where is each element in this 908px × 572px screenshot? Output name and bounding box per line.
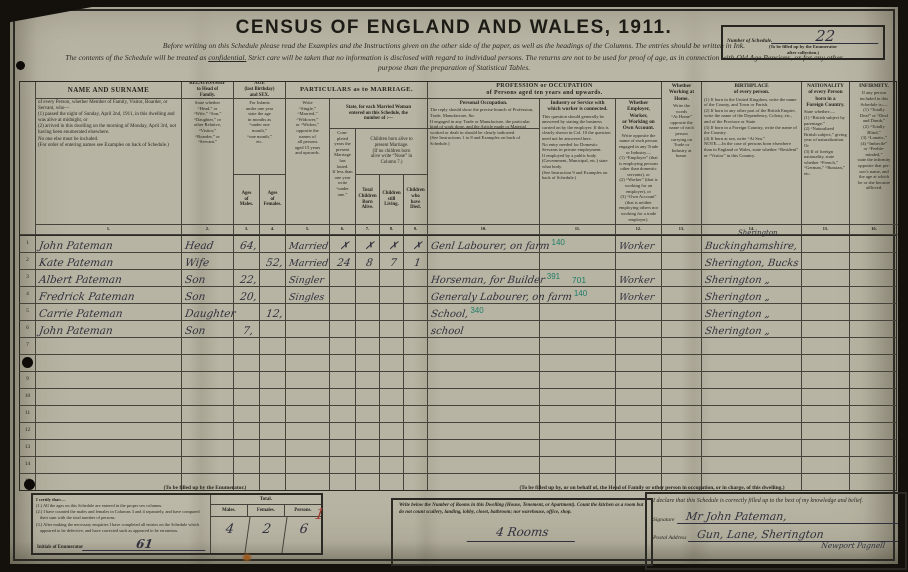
cell-relationship [182, 355, 234, 371]
cell-infirmity [850, 253, 898, 271]
cell-text: Kate Pateman [35, 256, 114, 271]
cell-occupation: Generaly Labourer, on farm140 [428, 287, 540, 305]
cell-industry [540, 440, 616, 456]
cell-marriage [286, 457, 330, 473]
cell-birthplace [702, 372, 802, 388]
cell-nationality [802, 355, 850, 371]
cell-industry [540, 321, 616, 339]
cell-text: Sherington „ [701, 273, 771, 288]
header-name-desc: of every Person, whether Member of Famil… [36, 99, 182, 225]
cell-relationship [182, 338, 234, 354]
cell-birthplace [702, 457, 802, 473]
census-table-header: NAME AND SURNAME of every Person, whethe… [19, 81, 897, 236]
cell-text: Married [285, 256, 329, 271]
table-row: 6John PatemanSon7,schoolSherington „ [19, 321, 897, 338]
cell-marriage [286, 389, 330, 405]
cell-num: 14 [20, 457, 36, 473]
cell-birthplace [702, 440, 802, 456]
cell-occupation: Genl Labourer, on farm140 [428, 236, 540, 254]
table-row: 2Kate PatemanWife52,Married24871Sheringt… [19, 253, 897, 270]
cell-age_f [260, 338, 286, 354]
cell-occupation: Horseman, for Builder391 [428, 270, 540, 288]
cell-home [662, 372, 702, 388]
cell-text: 20, [236, 290, 258, 305]
cell-birthplace [702, 423, 802, 439]
cell-born [356, 287, 380, 305]
cell-age_f [260, 372, 286, 388]
cell-text: 14 [20, 457, 35, 472]
cell-text: 12, [262, 307, 284, 322]
cell-age_f [260, 355, 286, 371]
cell-worker [616, 457, 662, 473]
cell-born [356, 474, 380, 490]
cell-years [330, 440, 356, 456]
cell-industry [540, 423, 616, 439]
cell-name [36, 457, 182, 473]
cell-worker [616, 423, 662, 439]
cell-text: 10 [20, 389, 35, 404]
header-infirmity: INFIRMITY.If any person included in this… [850, 82, 898, 225]
cell-infirmity [850, 304, 898, 322]
cell-birthplace [702, 406, 802, 422]
cell-name [36, 406, 182, 422]
cell-nationality [802, 321, 850, 339]
table-row: 9 [19, 372, 897, 389]
cell-age_m [234, 406, 260, 422]
cell-num: 7 [20, 338, 36, 354]
cell-living [380, 270, 404, 288]
column-number: 10. [428, 225, 540, 235]
census-photo: { "colors": { "paper": "#b8b4a3", "print… [0, 0, 908, 572]
cell-industry [540, 253, 616, 271]
signature-line: Signature Mr John Pateman, [653, 511, 899, 524]
header-birthplace-title: BIRTHPLACE of every person. [704, 83, 799, 96]
cell-home [662, 304, 702, 322]
cell-birthplace [702, 389, 802, 405]
cell-born [356, 406, 380, 422]
cell-text: John Pateman [35, 239, 114, 254]
header-home-desc: Write the words “At Home” opposite the n… [669, 103, 694, 158]
cell-industry [540, 355, 616, 371]
cell-name [36, 440, 182, 456]
cell-occupation [428, 372, 540, 388]
column-number: 3. [234, 225, 260, 235]
column-number: 7. [356, 225, 380, 235]
cell-text: 7, [239, 324, 254, 339]
head-of-family-heading: (To be filled up by, or on behalf of, th… [415, 485, 889, 491]
cell-industry [540, 304, 616, 322]
column-number: 5. [286, 225, 330, 235]
cell-age_f [260, 457, 286, 473]
cell-age_m [234, 389, 260, 405]
certify-item-1: (1.) All the ages on this Schedule are e… [36, 503, 207, 509]
cell-text: 24 [333, 256, 351, 271]
cell-text: 5 [20, 304, 35, 319]
cell-worker [616, 321, 662, 339]
cell-name [36, 389, 182, 405]
cell-birthplace: Sherington „ [702, 270, 802, 288]
cell-text: 22, [236, 273, 258, 288]
cell-text: 52, [262, 256, 284, 271]
cell-home [662, 236, 702, 254]
cell-text: Sherington „ [701, 307, 771, 322]
table-row: 14 [19, 457, 897, 474]
header-birthplace: BIRTHPLACE of every person.(1) If born i… [702, 82, 802, 225]
cell-home [662, 338, 702, 354]
header-marriage-group: PARTICULARS as to MARRIAGE. [286, 82, 428, 99]
cell-marriage [286, 406, 330, 422]
cell-occupation: School,340 [428, 304, 540, 322]
cell-relationship: Son [182, 270, 234, 288]
column-number: 4. [260, 225, 286, 235]
cell-died [404, 440, 428, 456]
declaration-text: I declare that this Schedule is correctl… [653, 498, 899, 506]
cell-age_f [260, 287, 286, 305]
column-number: 11. [540, 225, 616, 235]
cell-num: 10 [20, 389, 36, 405]
totals-table: Total. Males. Females. Persons. 4 2 6 [210, 495, 321, 553]
totals-males-label: Males. [211, 505, 248, 517]
table-row: 1John PatemanHead64,Married✗✗✗✗Genl Labo… [19, 236, 897, 253]
header-marriage-living: Children still Living. [380, 175, 404, 225]
header-home: Whether Working at Home.Write the words … [662, 82, 702, 225]
cell-home [662, 287, 702, 305]
cell-worker: Worker [616, 236, 662, 254]
cell-home [662, 457, 702, 473]
cell-age_m: 7, [234, 321, 260, 339]
cell-num: 4 [20, 287, 36, 305]
cell-relationship [182, 457, 234, 473]
cell-worker [616, 304, 662, 322]
cell-text: Worker [615, 273, 655, 288]
cell-industry [540, 338, 616, 354]
cell-home [662, 423, 702, 439]
cell-nationality [802, 270, 850, 288]
cell-num: 5 [20, 304, 36, 322]
cell-infirmity [850, 270, 898, 288]
cell-infirmity [850, 406, 898, 422]
cell-nationality [802, 457, 850, 473]
paper-stain [243, 554, 251, 561]
cell-name: John Pateman [36, 236, 182, 254]
cell-born [356, 440, 380, 456]
table-row: 12 [19, 423, 897, 440]
cell-home [662, 270, 702, 288]
header-employer-title: Whether Employer, Worker, or Working on … [618, 100, 659, 132]
header-age-males: Ages of Males. [234, 175, 260, 225]
enumerator-box: I certify that:— (1.) All the ages on th… [31, 493, 323, 555]
cell-infirmity [850, 338, 898, 354]
cell-age_f: 52, [260, 253, 286, 271]
cell-died [404, 338, 428, 354]
cell-age_f [260, 406, 286, 422]
cell-infirmity [850, 457, 898, 473]
cell-living [380, 423, 404, 439]
header-age-desc: For Infants under one year state the age… [234, 99, 286, 175]
header-industry-desc: This question should generally be answer… [542, 114, 611, 181]
cell-occupation: school [428, 321, 540, 339]
schedule-number-box: Number of Schedule. 22 (To be filled up … [721, 25, 885, 60]
cell-name: Carrie Pateman [36, 304, 182, 322]
cell-worker [616, 253, 662, 271]
census-table-body: 1John PatemanHead64,Married✗✗✗✗Genl Labo… [19, 236, 897, 491]
cell-died [404, 389, 428, 405]
cell-name [36, 338, 182, 354]
cell-relationship [182, 406, 234, 422]
cell-age_m [234, 440, 260, 456]
cell-text: 7 [386, 256, 398, 271]
cell-text: Genl Labourer, on farm [427, 239, 551, 254]
cell-text: Horseman, for Builder [427, 273, 546, 288]
cell-name: Fredrick Pateman [36, 287, 182, 305]
cell-living [380, 406, 404, 422]
table-row: 11 [19, 406, 897, 423]
cell-born [356, 423, 380, 439]
cell-age_f [260, 423, 286, 439]
cell-marriage: Married [286, 253, 330, 271]
cell-num: 13 [20, 440, 36, 456]
cell-industry [540, 236, 616, 254]
table-row: 5Carrie PatemanDaughter12,School,340Sher… [19, 304, 897, 321]
cell-living [380, 355, 404, 371]
header-infirmity-title: INFIRMITY. [852, 83, 896, 89]
cell-born: 8 [356, 253, 380, 271]
cell-living: ✗ [380, 236, 404, 254]
cell-marriage [286, 372, 330, 388]
cell-infirmity [850, 355, 898, 371]
header-employer-desc: Write opposite the name of each person e… [619, 133, 658, 222]
cell-age_m: 20, [234, 287, 260, 305]
cell-occupation [428, 423, 540, 439]
cell-nationality [802, 406, 850, 422]
cell-home [662, 406, 702, 422]
cell-worker [616, 372, 662, 388]
clerk-code: 340 [470, 306, 483, 315]
cell-infirmity [850, 372, 898, 388]
rooms-value-line: 4 Rooms [399, 524, 645, 542]
cell-died [404, 321, 428, 339]
cell-text: Wife [181, 256, 210, 271]
cell-text: Worker [615, 290, 655, 305]
cell-age_f [260, 440, 286, 456]
cell-marriage [286, 440, 330, 456]
cell-home [662, 440, 702, 456]
birthplace-note: Sherington [738, 229, 778, 237]
census-table: NAME AND SURNAME of every Person, whethe… [19, 81, 897, 491]
cell-born [356, 457, 380, 473]
cell-num: 3 [20, 270, 36, 288]
cell-text: ✗ [385, 239, 399, 254]
cell-home [662, 253, 702, 271]
rooms-value: 4 Rooms [466, 524, 577, 542]
cell-text: 12 [20, 423, 35, 438]
cell-nationality [802, 440, 850, 456]
cell-text: 3 [20, 270, 35, 285]
header-marriage-years: Com- pleted years the present Marriage h… [330, 129, 356, 225]
cell-birthplace: Sherington „ [702, 321, 802, 339]
cell-age_m [234, 253, 260, 271]
cell-num: 9 [20, 372, 36, 388]
cell-marriage: Singler [286, 270, 330, 288]
header-age-title: AGE (last Birthday) and SEX. [234, 82, 286, 99]
instruction2-confidential: confidential. [208, 53, 246, 62]
cell-num: 2 [20, 253, 36, 271]
paper: CENSUS OF ENGLAND AND WALES, 1911. Befor… [10, 7, 898, 564]
cell-industry [540, 287, 616, 305]
header-relationship-title: RELATIONSHIP to Head of Family. [182, 82, 234, 99]
cell-died [404, 372, 428, 388]
cell-age_m [234, 304, 260, 322]
header-birthplace-desc: (1) If born in the United Kingdom, write… [704, 97, 798, 158]
cell-worker [616, 440, 662, 456]
cell-age_m [234, 372, 260, 388]
cell-text: John Pateman [35, 324, 114, 339]
cell-text: Daughter [181, 307, 236, 322]
cell-born [356, 321, 380, 339]
schedule-number-note: (To be filled up by the Enumerator after… [727, 44, 879, 55]
cell-living [380, 287, 404, 305]
cell-relationship [182, 423, 234, 439]
signature-value: Mr John Pateman, [677, 511, 900, 524]
cell-years [330, 355, 356, 371]
rooms-box: Write below the Number of Rooms in this … [391, 498, 653, 566]
cell-living [380, 304, 404, 322]
cell-living [380, 372, 404, 388]
cell-age_m [234, 355, 260, 371]
column-number: 1. [36, 225, 182, 235]
cell-text: Sherington „ [701, 324, 771, 339]
cell-occupation [428, 457, 540, 473]
instruction2-pre: The contents of the Schedule will be tre… [65, 53, 208, 62]
cell-industry [540, 372, 616, 388]
cell-nationality [802, 236, 850, 254]
header-infirmity-desc: If any person included in this Schedule … [858, 90, 891, 190]
cell-died: 1 [404, 253, 428, 271]
header-occupation-group: PROFESSION or OCCUPATION of Persons aged… [428, 82, 662, 99]
cell-occupation [428, 355, 540, 371]
cell-occupation [428, 338, 540, 354]
cell-nationality [802, 423, 850, 439]
cell-age_m: 64, [234, 236, 260, 254]
cell-text: ✗ [361, 239, 375, 254]
cell-infirmity [850, 287, 898, 305]
cell-infirmity [850, 423, 898, 439]
header-relationship-desc: State whether “Head,” or “Wife,” “Son,” … [182, 99, 234, 225]
column-number: 12. [616, 225, 662, 235]
cell-text: 1 [20, 236, 35, 251]
cell-years [330, 372, 356, 388]
header-marriage-single: Write “Single,” “Married,” “Widower,” or… [286, 99, 330, 225]
column-number: 2. [182, 225, 234, 235]
cell-died [404, 355, 428, 371]
rownum-column-header [20, 82, 36, 235]
cell-relationship [182, 372, 234, 388]
cell-text: Albert Pateman [35, 273, 123, 288]
cell-text: 13 [20, 440, 35, 455]
cell-num: 12 [20, 423, 36, 439]
cell-infirmity [850, 440, 898, 456]
header-marriage-born: Total Children Born Alive. [356, 175, 380, 225]
cell-occupation [428, 440, 540, 456]
cell-text: Fredrick Pateman [35, 290, 136, 305]
table-row: 3Albert PatemanSon22,SinglerHorseman, fo… [19, 270, 897, 287]
column-number: 8. [380, 225, 404, 235]
totals-males-value: 4 [208, 517, 250, 553]
cell-living [380, 474, 404, 490]
cell-nationality [802, 253, 850, 271]
cell-text: Married [285, 239, 329, 254]
cell-nationality [802, 338, 850, 354]
cell-text: ✗ [409, 239, 423, 254]
header-marriage-woman: State, for each Married Woman entered on… [330, 99, 428, 129]
address-value: Gun, Lane, Sherington [689, 529, 900, 542]
cell-living [380, 321, 404, 339]
cell-nationality [802, 304, 850, 322]
header-home-title: Whether Working at Home. [664, 83, 699, 102]
signature-label: Signature [653, 517, 675, 524]
cell-years: ✗ [330, 236, 356, 254]
schedule-number-value: 22 [772, 29, 880, 44]
cell-age_f [260, 236, 286, 254]
cell-died [404, 406, 428, 422]
cell-birthplace: Sherington „ [702, 304, 802, 322]
cell-text: Sherington, Bucks [701, 256, 800, 271]
cell-text: 11 [20, 406, 35, 421]
cell-relationship: Wife [182, 253, 234, 271]
cell-infirmity [850, 321, 898, 339]
cell-name [36, 355, 182, 371]
initials-value: 61 [82, 539, 206, 551]
cell-age_f [260, 321, 286, 339]
header-nationality: NATIONALITY of every Person born in a Fo… [802, 82, 850, 225]
cell-worker [616, 338, 662, 354]
cell-nationality [802, 372, 850, 388]
cell-relationship: Head [182, 236, 234, 254]
cell-text: 1 [410, 256, 422, 271]
cell-text: Singler [285, 273, 325, 288]
cell-years [330, 304, 356, 322]
hole-punch [22, 357, 33, 368]
cell-text: Worker [615, 239, 655, 254]
cell-marriage [286, 338, 330, 354]
cell-years [330, 457, 356, 473]
cell-text: 7 [20, 338, 35, 353]
enumerator-certification: I certify that:— (1.) All the ages on th… [33, 495, 210, 553]
cell-text: 9 [20, 372, 35, 387]
cell-text: Sherington „ [701, 290, 771, 305]
cell-born [356, 270, 380, 288]
instruction-line-1: Before writing on this Schedule please r… [120, 41, 787, 50]
column-number: 6. [330, 225, 356, 235]
cell-died [404, 304, 428, 322]
cell-birthplace [702, 338, 802, 354]
cell-years [330, 321, 356, 339]
cell-relationship [182, 389, 234, 405]
cell-died: ✗ [404, 236, 428, 254]
enumerator-section-heading: (To be filled up by the Enumerator.) [75, 485, 335, 491]
cell-living [380, 457, 404, 473]
header-nationality-desc: State whether:— (1) “British subject by … [804, 109, 847, 176]
cell-marriage [286, 304, 330, 322]
totals-females-label: Females. [248, 505, 285, 517]
cell-num: 11 [20, 406, 36, 422]
cell-industry: 701 [540, 270, 616, 288]
cell-age_m [234, 457, 260, 473]
cell-died [404, 270, 428, 288]
cell-industry [540, 389, 616, 405]
cell-worker: Worker [616, 287, 662, 305]
cell-living [380, 389, 404, 405]
